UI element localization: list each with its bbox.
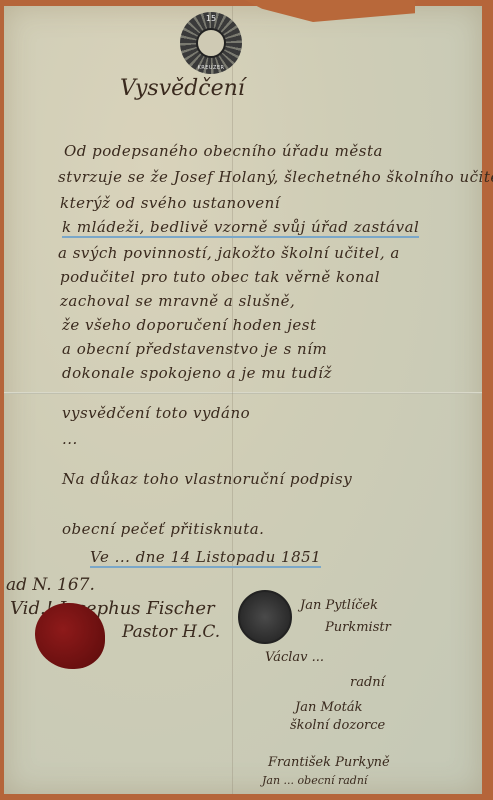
signature-line: Václav ... [265,650,324,665]
revenue-stamp-icon: 15 KREUZER [180,12,242,74]
body-line: že všeho doporučení hoden jest [62,316,317,334]
signature-role: Purkmistr [325,620,391,635]
signature-line: Jan Moták [295,700,362,715]
body-line: a obecní představenstvo je s ním [62,340,327,358]
stamp-label: KREUZER [180,65,242,71]
fold-crease-horizontal [4,392,482,394]
signature-role: Jan ... obecní radní [262,774,367,787]
document-title: Vysvědčení [120,76,245,101]
ink-seal-icon [238,590,292,644]
document-paper [4,6,482,794]
fold-crease-vertical [232,6,233,794]
body-line: podučitel pro tuto obec tak věrně konal [60,268,380,286]
signature-role: radní [350,675,385,690]
body-line: Od podepsaného obecního úřadu města [64,142,383,160]
reference-number: ad N. 167. [6,575,95,595]
body-line: obecní pečeť přitisknuta. [62,520,264,538]
stamp-center [196,28,226,58]
body-line: ... [62,430,78,448]
date-line: Ve ... dne 14 Listopadu 1851 [90,548,321,568]
wax-seal-icon [35,603,105,669]
body-line: dokonale spokojeno a je mu tudíž [62,364,332,382]
signature-role: školní dozorce [290,718,385,733]
vidimation-role: Pastor H.C. [122,622,220,642]
body-line: Na důkaz toho vlastnoruční podpisy [62,470,352,488]
body-line: stvrzuje se že Josef Holaný, šlechetného… [58,168,493,186]
signature-line: František Purkyně [268,755,390,770]
body-line: zachoval se mravně a slušně, [60,292,295,310]
body-line: a svých povinností, jakožto školní učite… [58,244,400,262]
body-line: k mládeži, bedlivě vzorně svůj úřad zast… [62,218,419,238]
body-line: kterýž od svého ustanovení [60,194,280,212]
body-line: vysvědčení toto vydáno [62,404,250,422]
signature-line: Jan Pytlíček [300,598,378,613]
stamp-value: 15 [180,14,242,23]
